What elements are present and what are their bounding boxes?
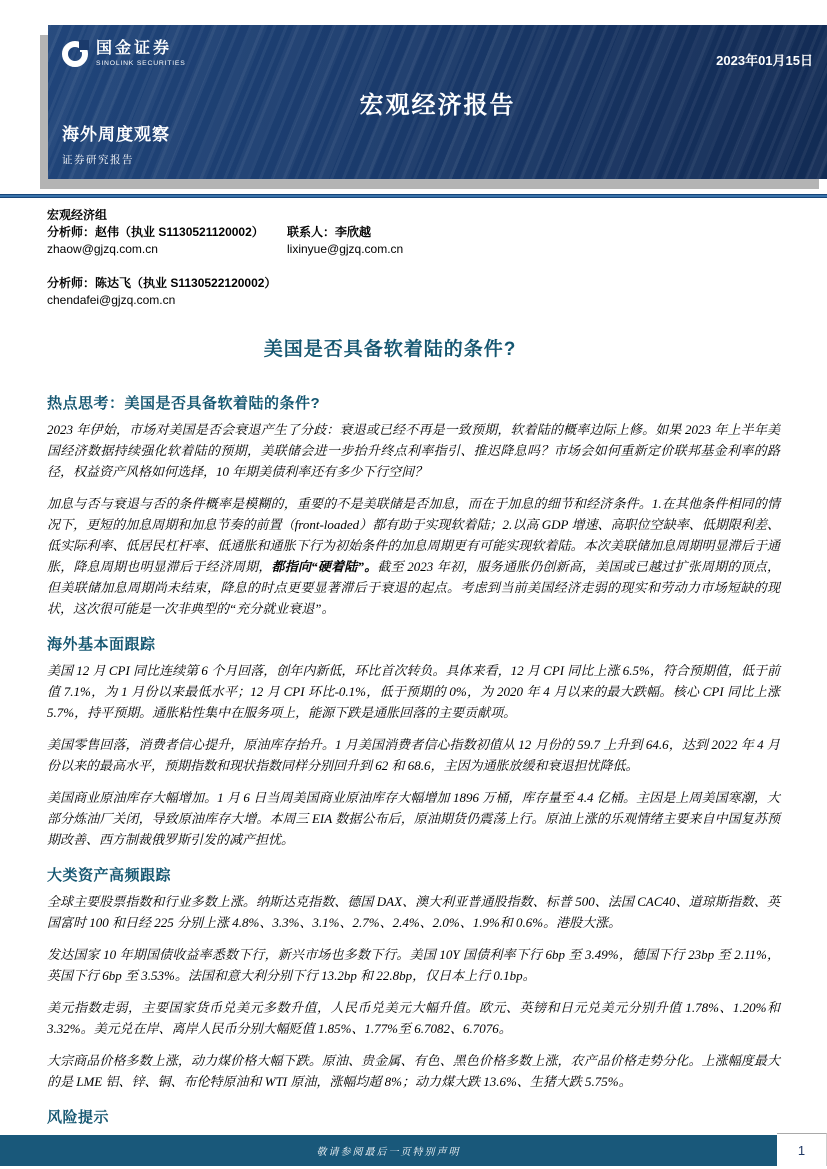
paragraph: 全球主要股票指数和行业多数上涨。纳斯达克指数、德国 DAX、澳大利亚普通股指数、…: [47, 891, 780, 933]
section-heading-risk-notice: 风险提示: [47, 1106, 780, 1127]
sinolink-logo: 国金证券 SINOLINK SECURITIES: [62, 41, 186, 67]
paragraph: 美国商业原油库存大幅增加。1 月 6 日当周美国商业原油库存大幅增加 1896 …: [47, 787, 780, 850]
sinolink-logo-icon: [62, 41, 88, 67]
paragraph: 加息与否与衰退与否的条件概率是模糊的，重要的不是美联储是否加息，而在于加息的细节…: [47, 493, 780, 619]
analyst-2-email: chendafei@gjzq.com.cn: [47, 292, 647, 309]
section-heading-hot-topic: 热点思考：美国是否具备软着陆的条件?: [47, 392, 780, 413]
analyst-group-label: 宏观经济组: [47, 207, 647, 224]
contact-person-name: 联系人：李欣越: [287, 224, 371, 241]
paragraph: 2023 年伊始，市场对美国是否会衰退产生了分歧：衰退或已经不再是一致预期，软着…: [47, 419, 780, 482]
page-number-value: 1: [798, 1143, 805, 1158]
paragraph: 美元指数走弱，主要国家货币兑美元多数升值，人民币兑美元大幅升值。欧元、英镑和日元…: [47, 997, 780, 1039]
analyst-1-email: zhaow@gjzq.com.cn: [47, 241, 287, 258]
paragraph: 美国 12 月 CPI 同比连续第 6 个月回落，创年内新低，环比首次转负。具体…: [47, 660, 780, 723]
paragraph-segment-bold: 都指向“硬着陆”。: [272, 559, 378, 574]
report-body: 热点思考：美国是否具备软着陆的条件? 2023 年伊始，市场对美国是否会衰退产生…: [47, 392, 780, 1165]
sinolink-logo-text: 国金证券 SINOLINK SECURITIES: [96, 41, 186, 67]
logo-name-en: SINOLINK SECURITIES: [96, 60, 186, 67]
footer-disclaimer-text: 敬请参阅最后一页特别声明: [317, 1143, 461, 1158]
logo-name-cn: 国金证券: [96, 41, 186, 58]
paragraph: 美国零售回落，消费者信心提升，原油库存抬升。1 月美国消费者信心指数初值从 12…: [47, 734, 780, 776]
page-title: 美国是否具备软着陆的条件?: [0, 334, 780, 361]
analyst-2-name: 分析师：陈达飞（执业 S1130522120002）: [47, 275, 647, 292]
report-category-label: 证券研究报告: [62, 152, 134, 167]
section-heading-asset-tracking: 大类资产高频跟踪: [47, 864, 780, 885]
report-type-title: 宏观经济报告: [48, 85, 827, 120]
analyst-block: 宏观经济组 分析师：赵伟（执业 S1130521120002） 联系人：李欣越 …: [47, 207, 647, 309]
analyst-spacer: [47, 258, 647, 275]
header-banner: 国金证券 SINOLINK SECURITIES 2023年01月15日 宏观经…: [48, 25, 827, 179]
footer-disclaimer-bar: 敬请参阅最后一页特别声明: [0, 1135, 777, 1166]
section-heading-overseas-fundamentals: 海外基本面跟踪: [47, 633, 780, 654]
paragraph: 发达国家 10 年期国债收益率悉数下行，新兴市场也多数下行。美国 10Y 国债利…: [47, 944, 780, 986]
series-title: 海外周度观察: [62, 120, 170, 145]
analyst-1-name: 分析师：赵伟（执业 S1130521120002）: [47, 224, 287, 241]
report-date: 2023年01月15日: [716, 50, 813, 69]
paragraph: 大宗商品价格多数上涨，动力煤价格大幅下跌。原油、贵金属、有色、黑色价格多数上涨，…: [47, 1050, 780, 1092]
page-number: 1: [777, 1133, 827, 1166]
header-divider: [0, 194, 827, 198]
contact-email: lixinyue@gjzq.com.cn: [287, 241, 403, 258]
report-page: 国金证券 SINOLINK SECURITIES 2023年01月15日 宏观经…: [0, 0, 827, 1169]
